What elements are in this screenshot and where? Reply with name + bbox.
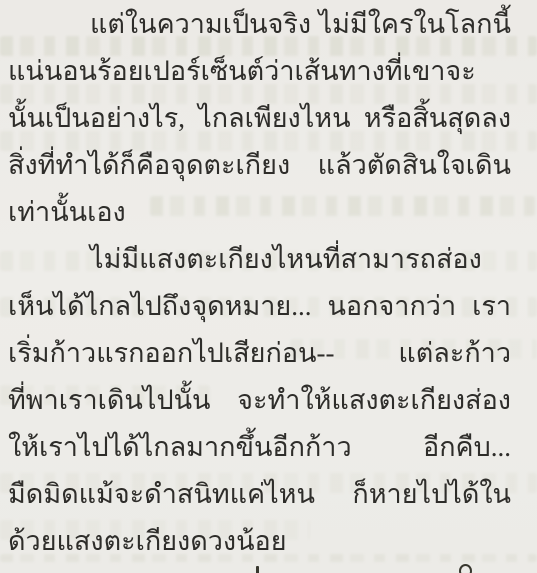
- text-line-4: สิ่งที่ทำได้ก็คือจุดตะเกียง แล้วตัดสินใจ…: [8, 142, 511, 189]
- text-line-3: นั้นเป็นอย่างไร, ไกลเพียงไหน หรือสิ้นสุด…: [8, 95, 511, 142]
- text-line-5: เท่านั้นเอง: [8, 189, 511, 236]
- text-line-11: มืดมิดแม้จะดำสนิทแค่ไหน ก็หายไปได้ในทันท…: [8, 471, 511, 518]
- text-line-12: ด้วยแสงตะเกียงดวงน้อย: [8, 518, 511, 565]
- text-line-9: ที่พาเราเดินไปนั้น จะทำให้แสงตะเกียงส่อง…: [8, 377, 511, 424]
- text-line-6: ไม่มีแสงตะเกียงไหนที่สามารถส่องให้เรา: [8, 236, 511, 283]
- text-line-7: เห็นได้ไกลไปถึงจุดหมาย... นอกจากว่า เราต…: [8, 283, 511, 330]
- text-line-1: แต่ในความเป็นจริง ไม่มีใครในโลกนี้รู้ได้: [8, 1, 511, 48]
- body-text: แต่ในความเป็นจริง ไม่มีใครในโลกนี้รู้ได้…: [8, 1, 511, 565]
- cut-off-glyph-fragment: [256, 566, 259, 573]
- text-line-10: ให้เราไปได้ไกลมากขึ้นอีกก้าว อีกคืบ... ค…: [8, 424, 511, 471]
- cut-off-glyph-fragment: [459, 564, 472, 573]
- text-line-8: เริ่มก้าวแรกออกไปเสียก่อน-- แต่ละก้าว แต…: [8, 330, 511, 377]
- scanned-page: แต่ในความเป็นจริง ไม่มีใครในโลกนี้รู้ได้…: [0, 0, 537, 573]
- text-line-2: แน่นอนร้อยเปอร์เซ็นต์ว่าเส้นทางที่เขาจะเ…: [8, 48, 511, 95]
